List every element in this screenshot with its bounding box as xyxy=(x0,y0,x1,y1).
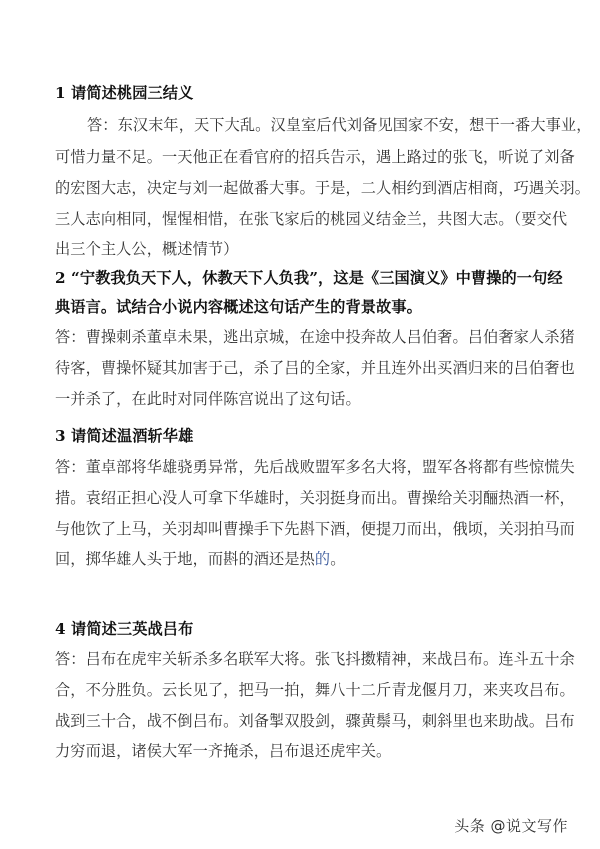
section-1-heading: 1 请简述桃园三结义 xyxy=(55,83,555,103)
section-3-last-text: 回，掷华雄人头于地，而斟的酒还是热 xyxy=(55,550,315,568)
section-2-answer-line: 待客，曹操怀疑其加害于己，杀了吕的全家，并且连外出买酒归来的吕伯奢也 xyxy=(55,358,555,378)
section-2-heading: 2 “宁教我负天下人，休教天下人负我”，这是《三国演义》中曹操的一句经 xyxy=(55,268,555,288)
section-3-answer-line: 答：董卓部将华雄骁勇异常，先后战败盟军多名大将，盟军各将都有些惊慌失 xyxy=(55,457,555,477)
section-3-heading: 3 请简述温酒斩华雄 xyxy=(55,426,555,446)
section-1-answer-line: 的宏图大志，决定与刘一起做番大事。于是，二人相约到酒店相商，巧遇关羽。 xyxy=(55,178,555,198)
section-3-answer-line: 措。袁绍正担心没人可拿下华雄时，关羽挺身而出。曹操给关羽酾热酒一杯， xyxy=(55,488,555,508)
section-2-answer-line: 答：曹操刺杀董卓未果，逃出京城，在途中投奔故人吕伯奢。吕伯奢家人杀猪 xyxy=(55,327,555,347)
section-2-heading: 典语言。试结合小说内容概述这句话产生的背景故事。 xyxy=(55,297,555,317)
section-4-answer-line: 力穷而退，诸侯大军一齐掩杀，吕布退还虎牢关。 xyxy=(55,741,555,761)
section-4-answer-line: 答：吕布在虎牢关斩杀多名联军大将。张飞抖擞精神，来战吕布。连斗五十余 xyxy=(55,649,555,669)
section-3-last-punct: 。 xyxy=(330,550,345,568)
section-1-answer-line: 出三个主人公，概述情节） xyxy=(55,239,555,259)
section-4-answer-line: 合，不分胜负。云长见了，把马一拍，舞八十二斤青龙偃月刀，来夹攻吕布。 xyxy=(55,680,555,700)
section-4-heading: 4 请简述三英战吕布 xyxy=(55,619,555,639)
section-3-answer-line: 与他饮了上马，关羽却叫曹操手下先斟下酒，便提刀而出，俄顷，关羽拍马而 xyxy=(55,519,555,539)
section-3-answer-line: 回，掷华雄人头于地，而斟的酒还是热的。 xyxy=(55,549,555,569)
section-2-answer-line: 一并杀了，在此时对同伴陈宫说出了这句话。 xyxy=(55,389,555,409)
section-1-answer-line: 三人志向相同，惺惺相惜，在张飞家后的桃园义结金兰，共图大志。（要交代 xyxy=(55,209,555,229)
document-page: 1 请简述桃园三结义 答：东汉末年，天下大乱。汉皇室后代刘备见国家不安，想干一番… xyxy=(0,0,600,849)
highlighted-character: 的 xyxy=(315,550,330,568)
section-1-answer-line: 答：东汉末年，天下大乱。汉皇室后代刘备见国家不安，想干一番大事业， xyxy=(87,115,557,135)
watermark: 头条 @说文写作 xyxy=(454,815,568,836)
section-1-answer-line: 可惜力量不足。一天他正在看官府的招兵告示，遇上路过的张飞，听说了刘备 xyxy=(55,147,555,167)
section-4-answer-line: 战到三十合，战不倒吕布。刘备掣双股剑，骤黄鬃马，刺斜里也来助战。吕布 xyxy=(55,711,555,731)
